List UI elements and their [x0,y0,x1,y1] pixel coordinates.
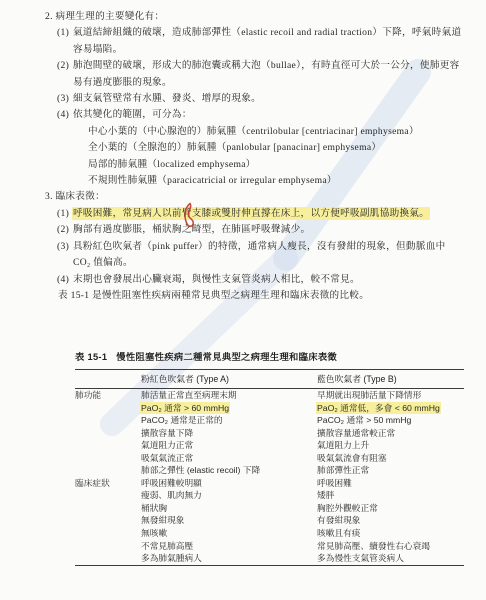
emphysema-type: 全小葉的（全腺泡的）肺氣腫（panlobular [panacinar] emp… [45,140,464,156]
item-text: 末期也會發展出心臟衰竭，與慢性支氣管炎病人相比，較不常見。 [73,274,360,285]
cell-a: 瘦弱、肌肉無力 [141,490,202,500]
table-row: 無咳嗽 咳嗽且有痰 [75,527,464,540]
cell-a: 桶狀胸 [141,503,167,513]
cell-b: 吸氣氣流會有阻塞 [317,453,387,463]
table-row: 氣道阻力正常 氣道阻力上升 [75,439,464,452]
cell-a: PaCO₂ 通常是正常的 [141,415,223,425]
list-item: (3) 細支氣管壁常有水腫、發炎、增厚的現象。 [45,91,464,107]
table-row: PaO₂ 通常 > 60 mmHg PaO₂ 通常低，多會 < 60 mmHg [75,402,464,415]
row-group-label: 肺功能 [75,389,141,402]
cell-a: 肺活量正常直至病理末期 [141,390,237,400]
cell-b: 多為慢性支氣管炎病人 [317,553,404,563]
list-item: (4) 末期也會發展出心臟衰竭，與慢性支氣管炎病人相比，較不常見。 [45,272,464,288]
document-page: 2. 病理生理的主要變化有： (1) 氣道結締組織的破壞，造成肺部彈性（elas… [0,0,486,600]
cell-a: 吸氣氣流正常 [141,453,193,463]
comparison-table-block: 表 15-1慢性阻塞性疾病二種常見典型之病理生理和臨床表徵 粉紅色吹氣者 (Ty… [75,349,464,566]
list-item: (2) 胸部有過度膨脹，桶狀胸之畸型，在肺區呼吸聲減少。 [45,222,464,238]
emphysema-type: 不規則性肺氣腫（paracicatricial or irregular emp… [45,173,464,189]
cell-a: 肺部之彈性 (elastic recoil) 下降 [141,465,260,475]
table-row: PaCO₂ 通常是正常的 PaCO₂ 通常 > 50 mmHg [75,414,464,427]
list-item: (1) 氣道結締組織的破壞，造成肺部彈性（elastic recoil and … [45,25,464,58]
header-empty [75,370,141,389]
cell-a-highlighted: PaO₂ 通常 > 60 mmHg [141,403,229,413]
cell-a: 不常見肺高壓 [141,541,193,551]
item-text: 肺泡間壁的破壞，形成大的肺泡囊或稱大泡（bullae），有時直徑可大於一公分，使… [73,60,460,87]
copd-comparison-table: 粉紅色吹氣者 (Type A) 藍色吹氣者 (Type B) 肺功能 肺活量正常… [75,369,464,566]
cell-b: 肺部彈性正常 [317,465,369,475]
table-row: 擴散容量下降 擴散容量通常較正常 [75,427,464,440]
table-header-row: 粉紅色吹氣者 (Type A) 藍色吹氣者 (Type B) [75,370,464,389]
emphysema-type: 局部的肺氣腫（localized emphysema） [45,157,464,173]
list-item: (2) 肺泡間壁的破壞，形成大的肺泡囊或稱大泡（bullae），有時直徑可大於一… [45,58,464,91]
cell-b: 擴散容量通常較正常 [317,428,395,438]
item-text: 依其變化的範圍，可分為： [73,109,192,120]
table-caption-label: 表 15-1 [75,352,107,362]
table-row: 無發紺現象 有發紺現象 [75,514,464,527]
item-number: (3) [57,91,69,107]
section-3-heading: 3. 臨床表徵： [45,189,464,205]
table-intro: 表 15-1 是慢性阻塞性疾病兩種常見典型之病理生理和臨床表徵的比較。 [45,288,464,304]
row-group-label: 臨床症狀 [75,477,141,490]
item-number: (1) [57,25,69,41]
table-row: 不常見肺高壓 常見肺高壓、續發性右心衰竭 [75,540,464,553]
cell-b: PaCO₂ 通常 > 50 mmHg [317,415,411,425]
cell-b: 咳嗽且有痰 [317,528,360,538]
table-row: 肺部之彈性 (elastic recoil) 下降 肺部彈性正常 [75,464,464,477]
table-row: 臨床症狀 呼吸困難較明顯 呼吸困難 [75,477,464,490]
cell-b: 呼吸困難 [317,478,352,488]
cell-a: 無咳嗽 [141,528,167,538]
cell-b: 有發紺現象 [317,515,360,525]
emphysema-type: 中心小葉的（中心腺泡的）肺氣腫（centrilobular [centriaci… [45,124,464,140]
item-text: 氣道結締組織的破壞，造成肺部彈性（elastic recoil and radi… [73,27,461,54]
cell-a: 氣道阻力正常 [141,440,193,450]
table-row: 吸氣氣流正常 吸氣氣流會有阻塞 [75,452,464,465]
cell-b: 氣道阻力上升 [317,440,369,450]
cell-a: 呼吸困難較明顯 [141,478,202,488]
cell-a: 多為肺氣腫病人 [141,553,202,563]
item-number: (2) [57,222,69,238]
item-number: (3) [57,239,69,255]
cell-b-highlighted: PaO₂ 通常低，多會 < 60 mmHg [317,403,440,413]
section-2-heading: 2. 病理生理的主要變化有： [45,9,464,25]
item-number: (1) [57,206,69,222]
body-text: 2. 病理生理的主要變化有： (1) 氣道結締組織的破壞，造成肺部彈性（elas… [45,9,464,345]
header-type-a: 粉紅色吹氣者 (Type A) [141,370,317,389]
item-number: (4) [57,272,69,288]
red-pen-annotation [180,201,202,231]
list-item: (4) 依其變化的範圍，可分為： [45,107,464,123]
item-number: (4) [57,107,69,123]
table-caption: 表 15-1慢性阻塞性疾病二種常見典型之病理生理和臨床表徵 [75,349,464,363]
highlighted-text: 呼吸困難，常見病人以前臂支膝或雙肘伸直撐在床上，以方便呼吸副肌協助換氣。 [73,208,429,219]
table-row: 肺功能 肺活量正常直至病理末期 早期就出現肺活量下降情形 [75,389,464,402]
table-caption-title: 慢性阻塞性疾病二種常見典型之病理生理和臨床表徵 [116,352,337,362]
cell-a: 無發紺現象 [141,515,184,525]
item-number: (2) [57,58,69,74]
item-text: 具粉紅色吹氣者（pink puffer）的特徵，通常病人瘦長，沒有發紺的現象，但… [73,241,446,268]
table-row: 多為肺氣腫病人 多為慢性支氣管炎病人 [75,552,464,565]
cell-b: 早期就出現肺活量下降情形 [317,390,421,400]
table-row: 瘦弱、肌肉無力 矮胖 [75,489,464,502]
item-text: 細支氣管壁常有水腫、發炎、增厚的現象。 [73,93,261,104]
cell-b: 常見肺高壓、續發性右心衰竭 [317,541,430,551]
cell-a: 擴散容量下降 [141,428,193,438]
list-item: (3) 具粉紅色吹氣者（pink puffer）的特徵，通常病人瘦長，沒有發紺的… [45,239,464,272]
cell-b: 矮胖 [317,490,334,500]
cell-b: 胸腔外觀較正常 [317,503,378,513]
header-type-b: 藍色吹氣者 (Type B) [317,370,464,389]
table-row: 桶狀胸 胸腔外觀較正常 [75,502,464,515]
list-item: (1) 呼吸困難，常見病人以前臂支膝或雙肘伸直撐在床上，以方便呼吸副肌協助換氣。 [45,206,464,222]
